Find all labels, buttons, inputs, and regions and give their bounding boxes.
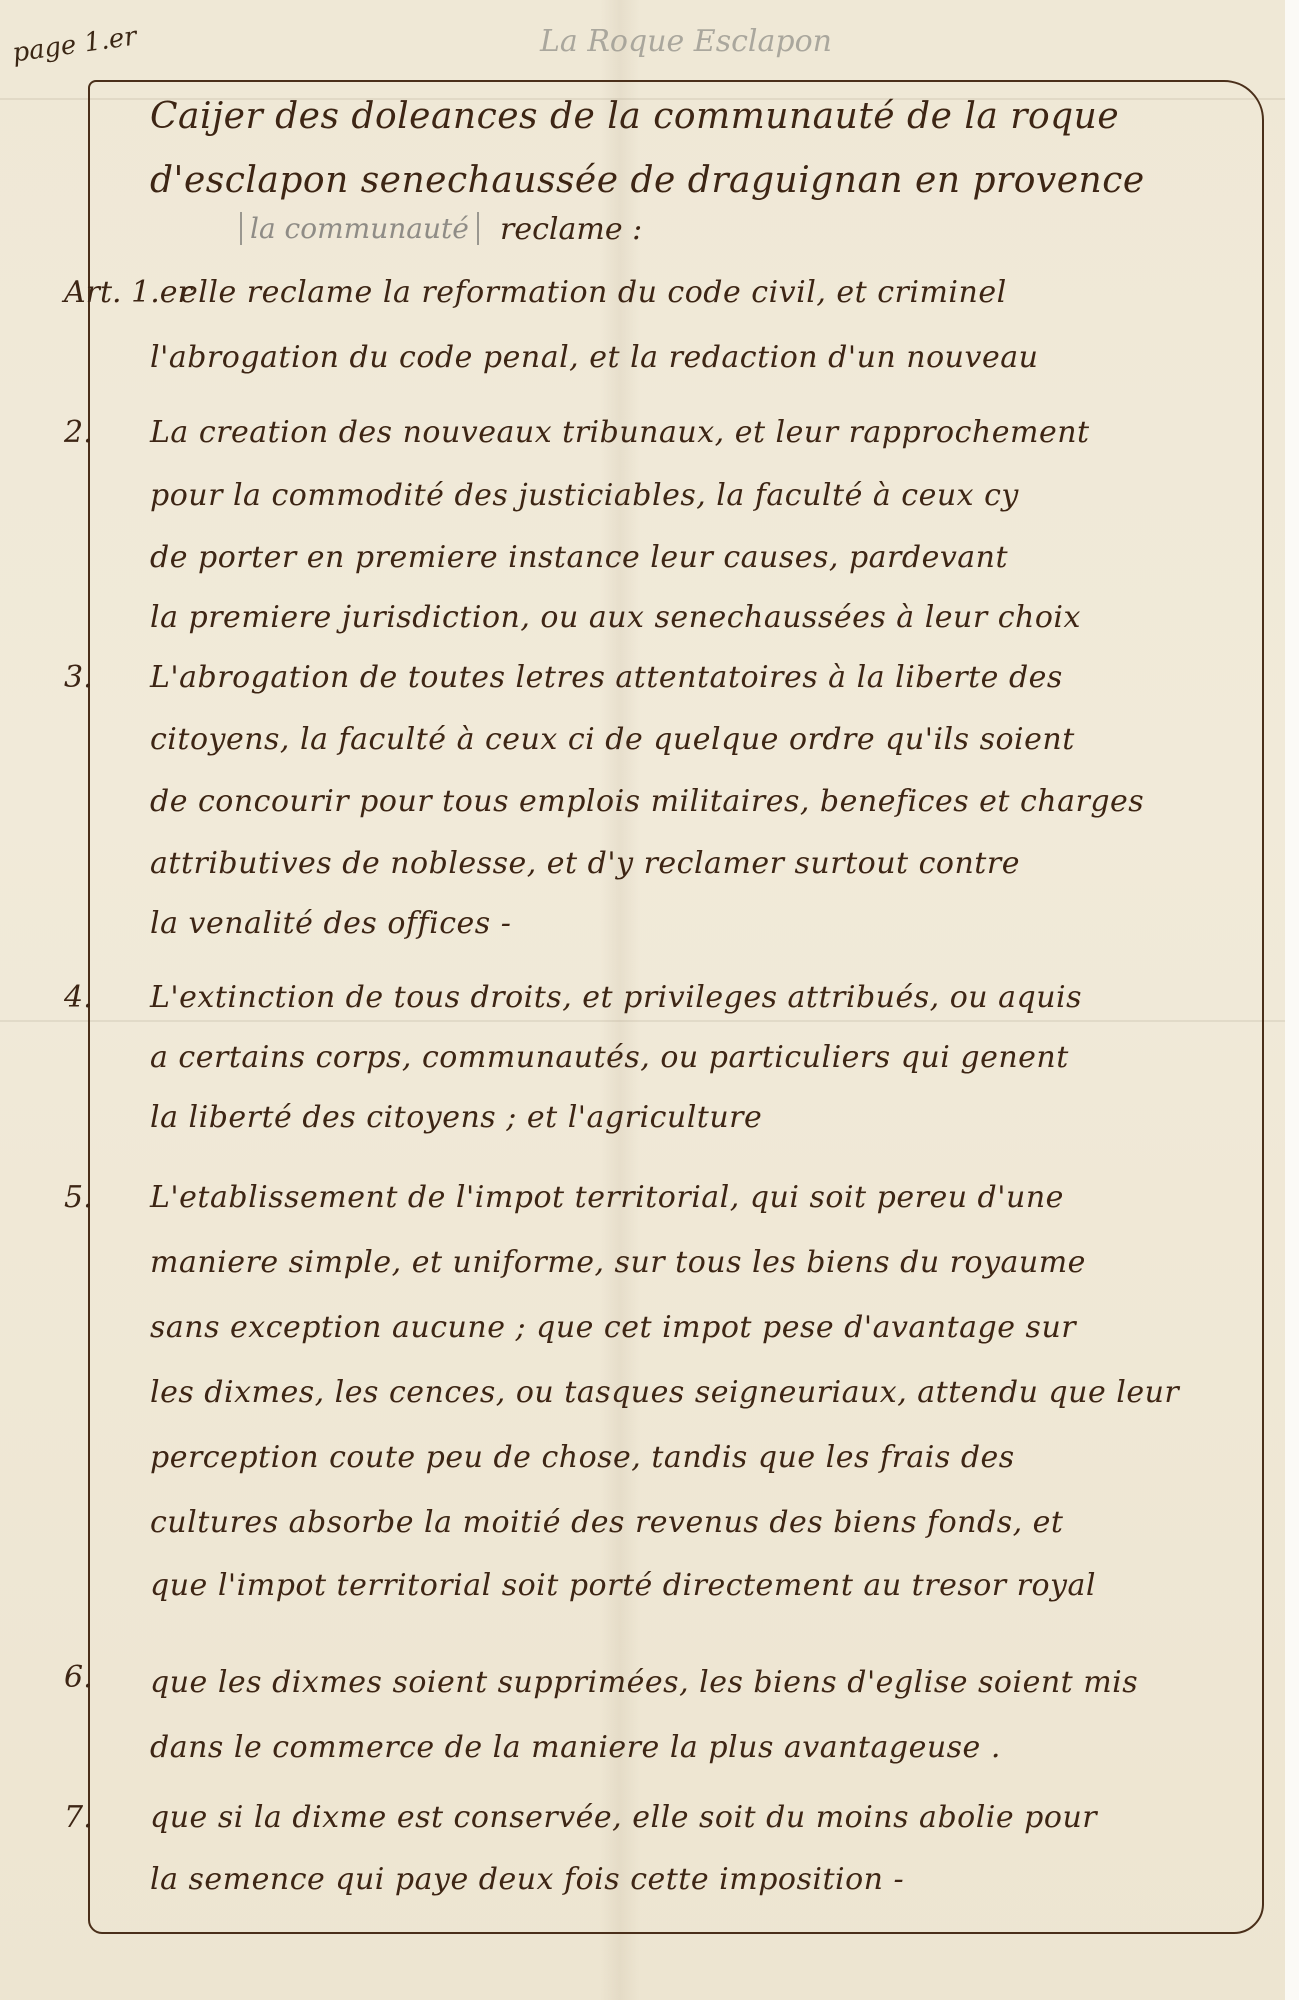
pencil-insert: la communauté	[240, 212, 479, 245]
article-line: pour la commodité des justiciables, la f…	[150, 478, 1019, 513]
article-line: les dixmes, les cences, ou tasques seign…	[150, 1375, 1179, 1410]
article-line: dans le commerce de la maniere la plus a…	[150, 1730, 1001, 1765]
article-line: L'abrogation de toutes letres attentatoi…	[150, 660, 1063, 695]
article-line: que si la dixme est conservée, elle soit…	[150, 1800, 1097, 1835]
article-line: La creation des nouveaux tribunaux, et l…	[150, 415, 1090, 450]
article-line: que les dixmes soient supprimées, les bi…	[150, 1665, 1138, 1700]
article-line: la venalité des offices -	[150, 906, 511, 941]
article-line: de porter en premiere instance leur caus…	[150, 540, 1008, 575]
article-number: Art. 1.er	[64, 275, 192, 310]
title-suffix: reclame :	[500, 212, 642, 247]
article-line: la semence qui paye deux fois cette impo…	[150, 1862, 904, 1897]
article-line: L'extinction de tous droits, et privileg…	[150, 980, 1082, 1015]
article-line: cultures absorbe la moitié des revenus d…	[150, 1505, 1064, 1540]
article-line: sans exception aucune ; que cet impot pe…	[150, 1310, 1076, 1345]
manuscript-page: page 1.er La Roque Esclapon Caijer des d…	[0, 0, 1299, 2000]
pencil-annotation: La Roque Esclapon	[540, 24, 832, 59]
article-number: 7.	[64, 1800, 93, 1835]
article-number: 2.	[64, 415, 93, 450]
article-line: attributives de noblesse, et d'y reclame…	[150, 846, 1020, 881]
title-line: d'esclapon senechaussée de draguignan en…	[150, 160, 1145, 201]
article-number: 4.	[64, 980, 93, 1015]
article-line: la liberté des citoyens ; et l'agricultu…	[150, 1100, 762, 1135]
article-line: maniere simple, et uniforme, sur tous le…	[150, 1245, 1086, 1280]
title-line: Caijer des doleances de la communauté de…	[150, 96, 1119, 137]
page-number: page 1.er	[11, 21, 139, 68]
article-line: de concourir pour tous emplois militaire…	[150, 784, 1144, 819]
article-line: L'etablissement de l'impot territorial, …	[150, 1180, 1064, 1215]
article-line: l'abrogation du code penal, et la redact…	[150, 340, 1038, 375]
article-number: 6.	[64, 1660, 93, 1695]
article-number: 5.	[64, 1180, 93, 1215]
article-line: la premiere jurisdiction, ou aux senecha…	[150, 600, 1081, 635]
article-line: elle reclame la reformation du code civi…	[180, 275, 1007, 310]
article-line: citoyens, la faculté à ceux ci de quelqu…	[150, 722, 1075, 757]
article-line: a certains corps, communautés, ou partic…	[150, 1040, 1069, 1075]
article-line: que l'impot territorial soit porté direc…	[150, 1568, 1096, 1603]
article-line: perception coute peu de chose, tandis qu…	[150, 1440, 1015, 1475]
article-number: 3.	[64, 660, 93, 695]
